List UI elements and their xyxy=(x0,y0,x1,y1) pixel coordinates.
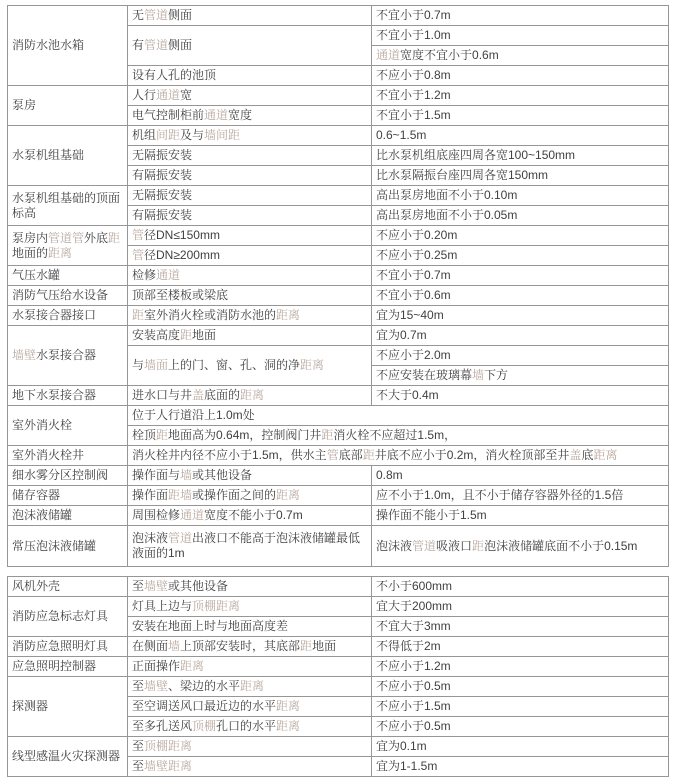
text-run: 0.8m xyxy=(376,468,403,482)
table-row: 墙壁水泵接合器安装高度距地面宜为0.7m xyxy=(8,326,669,346)
text-run: 气压水罐 xyxy=(12,268,60,282)
text-run: 电气控制柜前 xyxy=(132,108,204,122)
text-run: 宽度 xyxy=(228,108,252,122)
text-run: 宽度不能小于0.7m xyxy=(204,508,303,522)
highlighted-term: 顶棚距离 xyxy=(144,739,192,753)
text-run: 水泵机组基础的顶面标高 xyxy=(12,191,120,220)
text-run: 宜为15~40m xyxy=(376,308,444,322)
item-label-cell: 水泵机组基础的顶面标高 xyxy=(8,186,128,226)
text-run: 不宜小于1.2m xyxy=(376,88,451,102)
highlighted-term: 通道 xyxy=(180,508,204,522)
table-row: 泵房人行通道宽不宜小于1.2m xyxy=(8,86,669,106)
text-run: 风机外壳 xyxy=(12,579,60,593)
table-row: 气压水罐检修通道不宜小于0.7m xyxy=(8,266,669,286)
value-cell: 不应小于1.2m xyxy=(372,657,669,677)
item-label-cell: 消防应急照明灯具 xyxy=(8,637,128,657)
table-row: 泡沫液储罐周围检修通道宽度不能小于0.7m操作面不能小于1.5m xyxy=(8,506,669,526)
text-run: 有隔振安装 xyxy=(132,208,192,222)
condition-cell: 检修通道 xyxy=(128,266,372,286)
text-run: 探测器 xyxy=(12,699,48,713)
highlighted-term: 管 xyxy=(327,448,339,462)
text-run: 宜为0.1m xyxy=(376,739,427,753)
highlighted-term: 管道 xyxy=(144,8,168,22)
condition-cell: 设有人孔的池顶 xyxy=(128,66,372,86)
table-row: 水泵机组基础机组间距及与墙间距0.6~1.5m xyxy=(8,126,669,146)
condition-cell: 至墙壁或其他设备 xyxy=(128,577,372,597)
value-cell: 比水泵机组底座四周各宽100~150mm xyxy=(372,146,669,166)
condition-cell: 至顶棚距离 xyxy=(128,737,372,757)
text-run: 宜为0.7m xyxy=(376,328,427,342)
table-row: 消防水池水箱无管道侧面不宜小于0.7m xyxy=(8,6,669,26)
text-run: 不宜小于1.5m xyxy=(376,108,451,122)
value-cell: 宜为1-1.5m xyxy=(372,757,669,777)
value-cell: 不宜小于0.7m xyxy=(372,6,669,26)
text-run: 人行 xyxy=(132,88,156,102)
text-run: 吸液口 xyxy=(436,539,472,553)
text-run: 及与 xyxy=(180,128,204,142)
text-run: 无隔振安装 xyxy=(132,148,192,162)
table-row: 探测器至墙壁、梁边的水平距离不应小于0.5m xyxy=(8,677,669,697)
text-run: 地面 xyxy=(312,639,336,653)
item-label-cell: 泵房 xyxy=(8,86,128,126)
item-label-cell: 常压泡沫液储罐 xyxy=(8,526,128,567)
highlighted-term: 墙壁 xyxy=(144,579,168,593)
text-run: 位于人行道沿上1.0m处 xyxy=(132,408,255,422)
text-run: 至多孔送风 xyxy=(132,719,192,733)
condition-cell: 无隔振安装 xyxy=(128,186,372,206)
condition-cell: 操作面与墙或其他设备 xyxy=(128,466,372,486)
text-run: 不宜小于1.0m xyxy=(376,28,451,42)
highlighted-term: 墙壁距离 xyxy=(144,759,192,773)
condition-cell: 操作面距墙或操作面之间的距离 xyxy=(128,486,372,506)
item-label-cell: 室外消火栓 xyxy=(8,406,128,446)
item-label-cell: 室外消火栓井 xyxy=(8,446,128,466)
condition-cell: 与墙面上的门、窗、孔、洞的净距离 xyxy=(128,346,372,386)
text-run: 泡沫液储罐底面不小于0.15m xyxy=(484,539,637,553)
text-run: 消防水池水箱 xyxy=(12,38,84,52)
text-run: 地面高为0.64m，控制阀门井 xyxy=(168,428,321,442)
item-label-cell: 泡沫液储罐 xyxy=(8,506,128,526)
item-label-cell: 消防水池水箱 xyxy=(8,6,128,86)
text-run: 不宜小于0.7m xyxy=(376,268,451,282)
highlighted-term: 墙面 xyxy=(144,358,168,372)
merged-requirement-cell: 位于人行道沿上1.0m处 xyxy=(128,406,669,426)
value-cell: 高出泵房地面不小于0.10m xyxy=(372,186,669,206)
item-label-cell: 气压水罐 xyxy=(8,266,128,286)
condition-cell: 顶部至楼板或梁底 xyxy=(128,286,372,306)
highlighted-term: 管 xyxy=(132,248,144,262)
value-cell: 不得低于2m xyxy=(372,637,669,657)
value-cell: 不应小于2.0m xyxy=(372,346,669,366)
highlighted-term: 距离 xyxy=(276,699,300,713)
condition-cell: 有隔振安装 xyxy=(128,206,372,226)
text-run: 高出泵房地面不小于0.05m xyxy=(376,208,517,222)
highlighted-term: 距离 xyxy=(180,659,204,673)
highlighted-term: 距离 xyxy=(48,246,72,260)
text-run: 不应小于1.5m xyxy=(376,699,451,713)
value-cell: 不宜小于1.2m xyxy=(372,86,669,106)
highlighted-term: 距离 xyxy=(240,679,264,693)
highlighted-term: 顶棚距离 xyxy=(192,599,240,613)
value-cell: 不应小于0.25m xyxy=(372,246,669,266)
text-run: 宽 xyxy=(180,88,192,102)
table-row: 应急照明控制器正面操作距离不应小于1.2m xyxy=(8,657,669,677)
highlighted-term: 距 xyxy=(472,539,484,553)
text-run: 安装高度 xyxy=(132,328,180,342)
text-run: 设有人孔的池顶 xyxy=(132,68,216,82)
text-run: 侧面 xyxy=(168,8,192,22)
water-fire-equipment-spacing-table: 消防水池水箱无管道侧面不宜小于0.7m有管道侧面不宜小于1.0m通道宽度不宜小于… xyxy=(7,5,669,567)
text-run: 应急照明控制器 xyxy=(12,659,96,673)
text-run: 泵房 xyxy=(12,98,36,112)
condition-cell: 机组间距及与墙间距 xyxy=(128,126,372,146)
value-cell: 不应小于0.5m xyxy=(372,717,669,737)
highlighted-term: 通道 xyxy=(376,48,400,62)
text-run: 消防应急照明灯具 xyxy=(12,639,108,653)
condition-cell: 安装在地面上时与地面高度差 xyxy=(128,617,372,637)
text-run: 、梁边的水平 xyxy=(168,679,240,693)
text-run: 至 xyxy=(132,579,144,593)
text-run: 地下水泵接合器 xyxy=(12,388,96,402)
text-run: 不大于0.4m xyxy=(376,388,439,402)
value-cell: 宜大于200mm xyxy=(372,597,669,617)
condition-cell: 人行通道宽 xyxy=(128,86,372,106)
condition-cell: 电气控制柜前通道宽度 xyxy=(128,106,372,126)
table-row: 线型感温火灾探测器至顶棚距离宜为0.1m xyxy=(8,737,669,757)
text-run: 宜为1-1.5m xyxy=(376,759,437,773)
text-run: 底部 xyxy=(339,448,363,462)
text-run: 室外消火栓或消防水池的 xyxy=(144,308,276,322)
highlighted-term: 通道 xyxy=(204,108,228,122)
item-label-cell: 消防应急标志灯具 xyxy=(8,597,128,637)
value-cell: 不宜小于1.0m xyxy=(372,26,669,46)
text-run: 操作面与 xyxy=(132,468,180,482)
text-run: 泡沫液 xyxy=(376,539,412,553)
condition-cell: 进水口与井盖底面的距离 xyxy=(128,386,372,406)
text-run: 有 xyxy=(132,38,144,52)
value-cell: 不应小于1.5m xyxy=(372,697,669,717)
item-label-cell: 墙壁水泵接合器 xyxy=(8,326,128,386)
condition-cell: 管径DN≥200mm xyxy=(128,246,372,266)
table-row: 消防气压给水设备顶部至楼板或梁底不宜小于0.6m xyxy=(8,286,669,306)
text-run: 侧面 xyxy=(168,38,192,52)
text-run: 不应小于1.2m xyxy=(376,659,451,673)
text-run: 上顶部安装时，其底部 xyxy=(180,639,300,653)
table-row: 水泵机组基础的顶面标高无隔振安装高出泵房地面不小于0.10m xyxy=(8,186,669,206)
text-run: 不应小于0.8m xyxy=(376,68,451,82)
highlighted-term: 距 xyxy=(156,428,168,442)
condition-cell: 有隔振安装 xyxy=(128,166,372,186)
text-run: 泡沫液储罐 xyxy=(12,508,72,522)
text-run: 地面的 xyxy=(12,246,48,260)
text-run: 操作面 xyxy=(132,488,168,502)
condition-cell: 至空调送风口最近边的水平距离 xyxy=(128,697,372,717)
text-run: 在侧面 xyxy=(132,639,168,653)
text-run: 不宜大于3mm xyxy=(376,619,451,633)
condition-cell: 在侧面墙上顶部安装时，其底部距地面 xyxy=(128,637,372,657)
value-cell: 不应小于0.5m xyxy=(372,677,669,697)
condition-cell: 至多孔送风顶棚孔口的水平距离 xyxy=(128,717,372,737)
text-run: 检修 xyxy=(132,268,156,282)
value-cell: 宜为0.1m xyxy=(372,737,669,757)
value-cell: 通道宽度不宜小于0.6m xyxy=(372,46,669,66)
text-run: 不应安装在玻璃幕 xyxy=(376,368,472,382)
item-label-cell: 细水雾分区控制阀 xyxy=(8,466,128,486)
text-run: 至 xyxy=(132,679,144,693)
value-cell: 0.6~1.5m xyxy=(372,126,669,146)
text-run: 室外消火栓 xyxy=(12,418,72,432)
text-run: 不应小于2.0m xyxy=(376,348,451,362)
text-run: 水泵接合器接口 xyxy=(12,308,96,322)
highlighted-term: 管道 xyxy=(168,531,192,545)
highlighted-term: 距 xyxy=(300,639,312,653)
highlighted-term: 管 xyxy=(132,228,144,242)
highlighted-term: 通道 xyxy=(156,268,180,282)
condition-cell: 有管道侧面 xyxy=(128,26,372,66)
text-run: 水泵机组基础 xyxy=(12,148,84,162)
condition-cell: 至墙壁、梁边的水平距离 xyxy=(128,677,372,697)
table-row: 室外消火栓位于人行道沿上1.0m处 xyxy=(8,406,669,426)
text-run: 至空调送风口最近边的水平 xyxy=(132,699,276,713)
text-run: 径DN≤150mm xyxy=(144,228,220,242)
text-run: 0.6~1.5m xyxy=(376,128,426,142)
text-run: 外底 xyxy=(84,231,108,245)
value-cell: 宜为0.7m xyxy=(372,326,669,346)
value-cell: 不应安装在玻璃幕墙下方 xyxy=(372,366,669,386)
text-run: 应不小于1.0m，且不小于储存容器外径的1.5倍 xyxy=(376,488,623,502)
text-run: 宜大于200mm xyxy=(376,599,452,613)
value-cell: 不大于0.4m xyxy=(372,386,669,406)
table-row: 泵房内管道管外底距地面的距离管径DN≤150mm不应小于0.20m xyxy=(8,226,669,246)
highlighted-term: 墙壁 xyxy=(144,679,168,693)
merged-requirement-cell: 消火栓井内径不应小于1.5m，供水主管底部距井底不应小于0.2m，消火栓顶部至井… xyxy=(128,446,669,466)
text-run: 灯具上边与 xyxy=(132,599,192,613)
item-label-cell: 水泵接合器接口 xyxy=(8,306,128,326)
text-run: 水泵接合器 xyxy=(36,348,96,362)
text-run: 有隔振安装 xyxy=(132,168,192,182)
text-run: 上的门、窗、孔、洞的净 xyxy=(168,358,300,372)
text-run: 至 xyxy=(132,739,144,753)
text-run: 或操作面之间的 xyxy=(192,488,276,502)
highlighted-term: 管道管 xyxy=(48,231,84,245)
highlighted-term: 距离 xyxy=(300,358,324,372)
highlighted-term: 距 xyxy=(132,308,144,322)
highlighted-term: 间距 xyxy=(156,128,180,142)
text-run: 不小于600mm xyxy=(376,579,452,593)
condition-cell: 距室外消火栓或消防水池的距离 xyxy=(128,306,372,326)
text-run: 细水雾分区控制阀 xyxy=(12,468,108,482)
text-run: 不应小于0.20m xyxy=(376,228,457,242)
condition-cell: 无管道侧面 xyxy=(128,6,372,26)
condition-cell: 泡沫液管道出液口不能高于泡沫液储罐最低液面的1m xyxy=(128,526,372,567)
item-label-cell: 泵房内管道管外底距地面的距离 xyxy=(8,226,128,266)
highlighted-term: 距离 xyxy=(276,488,300,502)
highlighted-term: 距 xyxy=(321,428,333,442)
text-run: 比水泵隔振台座四周各宽150mm xyxy=(376,168,548,182)
highlighted-term: 距 xyxy=(363,448,375,462)
text-run: 操作面不能小于1.5m xyxy=(376,508,487,522)
text-run: 下方 xyxy=(484,368,508,382)
value-cell: 不宜小于0.6m xyxy=(372,286,669,306)
text-run: 孔口的水平 xyxy=(216,719,276,733)
text-run: 或其他设备 xyxy=(192,468,252,482)
text-run: 线型感温火灾探测器 xyxy=(12,749,120,763)
text-run: 周围检修 xyxy=(132,508,180,522)
text-run: 顶部至楼板或梁底 xyxy=(132,288,228,302)
text-run: 或其他设备 xyxy=(168,579,228,593)
text-run: 正面操作 xyxy=(132,659,180,673)
value-cell: 不小于600mm xyxy=(372,577,669,597)
table-row: 常压泡沫液储罐泡沫液管道出液口不能高于泡沫液储罐最低液面的1m泡沫液管道吸液口距… xyxy=(8,526,669,567)
highlighted-term: 通道 xyxy=(156,88,180,102)
text-run: 至 xyxy=(132,759,144,773)
text-run: 泡沫液 xyxy=(132,531,168,545)
table-row: 室外消火栓井消火栓井内径不应小于1.5m，供水主管底部距井底不应小于0.2m，消… xyxy=(8,446,669,466)
text-run: 不应小于0.5m xyxy=(376,719,451,733)
text-run: 不得低于2m xyxy=(376,639,441,653)
table-row: 消防应急照明灯具在侧面墙上顶部安装时，其底部距地面不得低于2m xyxy=(8,637,669,657)
highlighted-term: 墙间距 xyxy=(204,128,240,142)
table-row: 储存容器操作面距墙或操作面之间的距离应不小于1.0m，且不小于储存容器外径的1.… xyxy=(8,486,669,506)
text-run: 比水泵机组底座四周各宽100~150mm xyxy=(376,148,575,162)
value-cell: 不应小于0.8m xyxy=(372,66,669,86)
text-run: 不应小于0.25m xyxy=(376,248,457,262)
text-run: 消火栓不应超过1.5m， xyxy=(333,428,456,442)
text-run: 地面 xyxy=(192,328,216,342)
table-row: 细水雾分区控制阀操作面与墙或其他设备0.8m xyxy=(8,466,669,486)
item-label-cell: 线型感温火灾探测器 xyxy=(8,737,128,777)
highlighted-term: 盖 xyxy=(569,448,581,462)
highlighted-term: 顶棚 xyxy=(192,719,216,733)
value-cell: 0.8m xyxy=(372,466,669,486)
item-label-cell: 储存容器 xyxy=(8,486,128,506)
highlighted-term: 距离 xyxy=(593,448,617,462)
condition-cell: 无隔振安装 xyxy=(128,146,372,166)
text-run: 径DN≥200mm xyxy=(144,248,220,262)
text-run: 高出泵房地面不小于0.10m xyxy=(376,188,517,202)
value-cell: 比水泵隔振台座四周各宽150mm xyxy=(372,166,669,186)
highlighted-term: 墙壁 xyxy=(12,348,36,362)
value-cell: 操作面不能小于1.5m xyxy=(372,506,669,526)
highlighted-term: 距 xyxy=(108,231,120,245)
condition-cell: 正面操作距离 xyxy=(128,657,372,677)
text-run: 宽度不宜小于0.6m xyxy=(400,48,499,62)
highlighted-term: 墙 xyxy=(168,639,180,653)
value-cell: 高出泵房地面不小于0.05m xyxy=(372,206,669,226)
text-run: 不宜小于0.7m xyxy=(376,8,451,22)
item-label-cell: 水泵机组基础 xyxy=(8,126,128,186)
fan-alarm-equipment-spacing-table: 风机外壳至墙壁或其他设备不小于600mm消防应急标志灯具灯具上边与顶棚距离宜大于… xyxy=(7,576,669,777)
value-cell: 泡沫液管道吸液口距泡沫液储罐底面不小于0.15m xyxy=(372,526,669,567)
text-run: 井底不应小于0.2m，消火栓顶部至井 xyxy=(375,448,570,462)
highlighted-term: 距 xyxy=(180,328,192,342)
text-run: 储存容器 xyxy=(12,488,60,502)
text-run: 室外消火栓井 xyxy=(12,448,84,462)
text-run: 栓顶 xyxy=(132,428,156,442)
text-run: 进水口与井 xyxy=(132,388,192,402)
document-page: 消防水池水箱无管道侧面不宜小于0.7m有管道侧面不宜小于1.0m通道宽度不宜小于… xyxy=(0,0,675,773)
highlighted-term: 盖 xyxy=(192,388,204,402)
condition-cell: 周围检修通道宽度不能小于0.7m xyxy=(128,506,372,526)
value-cell: 应不小于1.0m，且不小于储存容器外径的1.5倍 xyxy=(372,486,669,506)
condition-cell: 安装高度距地面 xyxy=(128,326,372,346)
text-run: 底面的 xyxy=(204,388,240,402)
condition-cell: 至墙壁距离 xyxy=(128,757,372,777)
text-run: 消火栓井内径不应小于1.5m，供水主 xyxy=(132,448,327,462)
item-label-cell: 消防气压给水设备 xyxy=(8,286,128,306)
text-run: 常压泡沫液储罐 xyxy=(12,539,96,553)
highlighted-term: 距离 xyxy=(276,719,300,733)
merged-requirement-cell: 栓顶距地面高为0.64m，控制阀门井距消火栓不应超过1.5m， xyxy=(128,426,669,446)
text-run: 与 xyxy=(132,358,144,372)
highlighted-term: 管道 xyxy=(144,38,168,52)
text-run: 无隔振安装 xyxy=(132,188,192,202)
item-label-cell: 风机外壳 xyxy=(8,577,128,597)
text-run: 安装在地面上时与地面高度差 xyxy=(132,619,288,633)
text-run: 机组 xyxy=(132,128,156,142)
table-separator xyxy=(7,567,668,576)
condition-cell: 灯具上边与顶棚距离 xyxy=(128,597,372,617)
text-run: 消防应急标志灯具 xyxy=(12,609,108,623)
value-cell: 不宜大于3mm xyxy=(372,617,669,637)
highlighted-term: 距墙 xyxy=(168,488,192,502)
item-label-cell: 应急照明控制器 xyxy=(8,657,128,677)
highlighted-term: 管道 xyxy=(412,539,436,553)
table-row: 消防应急标志灯具灯具上边与顶棚距离宜大于200mm xyxy=(8,597,669,617)
highlighted-term: 墙 xyxy=(472,368,484,382)
value-cell: 不宜小于1.5m xyxy=(372,106,669,126)
text-run: 无 xyxy=(132,8,144,22)
highlighted-term: 墙 xyxy=(180,468,192,482)
table-row: 地下水泵接合器进水口与井盖底面的距离不大于0.4m xyxy=(8,386,669,406)
value-cell: 不宜小于0.7m xyxy=(372,266,669,286)
text-run: 消防气压给水设备 xyxy=(12,288,108,302)
highlighted-term: 距离 xyxy=(240,388,264,402)
text-run: 不宜小于0.6m xyxy=(376,288,451,302)
text-run: 底 xyxy=(581,448,593,462)
table-row: 风机外壳至墙壁或其他设备不小于600mm xyxy=(8,577,669,597)
condition-cell: 管径DN≤150mm xyxy=(128,226,372,246)
value-cell: 不应小于0.20m xyxy=(372,226,669,246)
highlighted-term: 距离 xyxy=(276,308,300,322)
item-label-cell: 探测器 xyxy=(8,677,128,737)
value-cell: 宜为15~40m xyxy=(372,306,669,326)
text-run: 不应小于0.5m xyxy=(376,679,451,693)
text-run: 泵房内 xyxy=(12,231,48,245)
item-label-cell: 地下水泵接合器 xyxy=(8,386,128,406)
table-row: 水泵接合器接口距室外消火栓或消防水池的距离宜为15~40m xyxy=(8,306,669,326)
